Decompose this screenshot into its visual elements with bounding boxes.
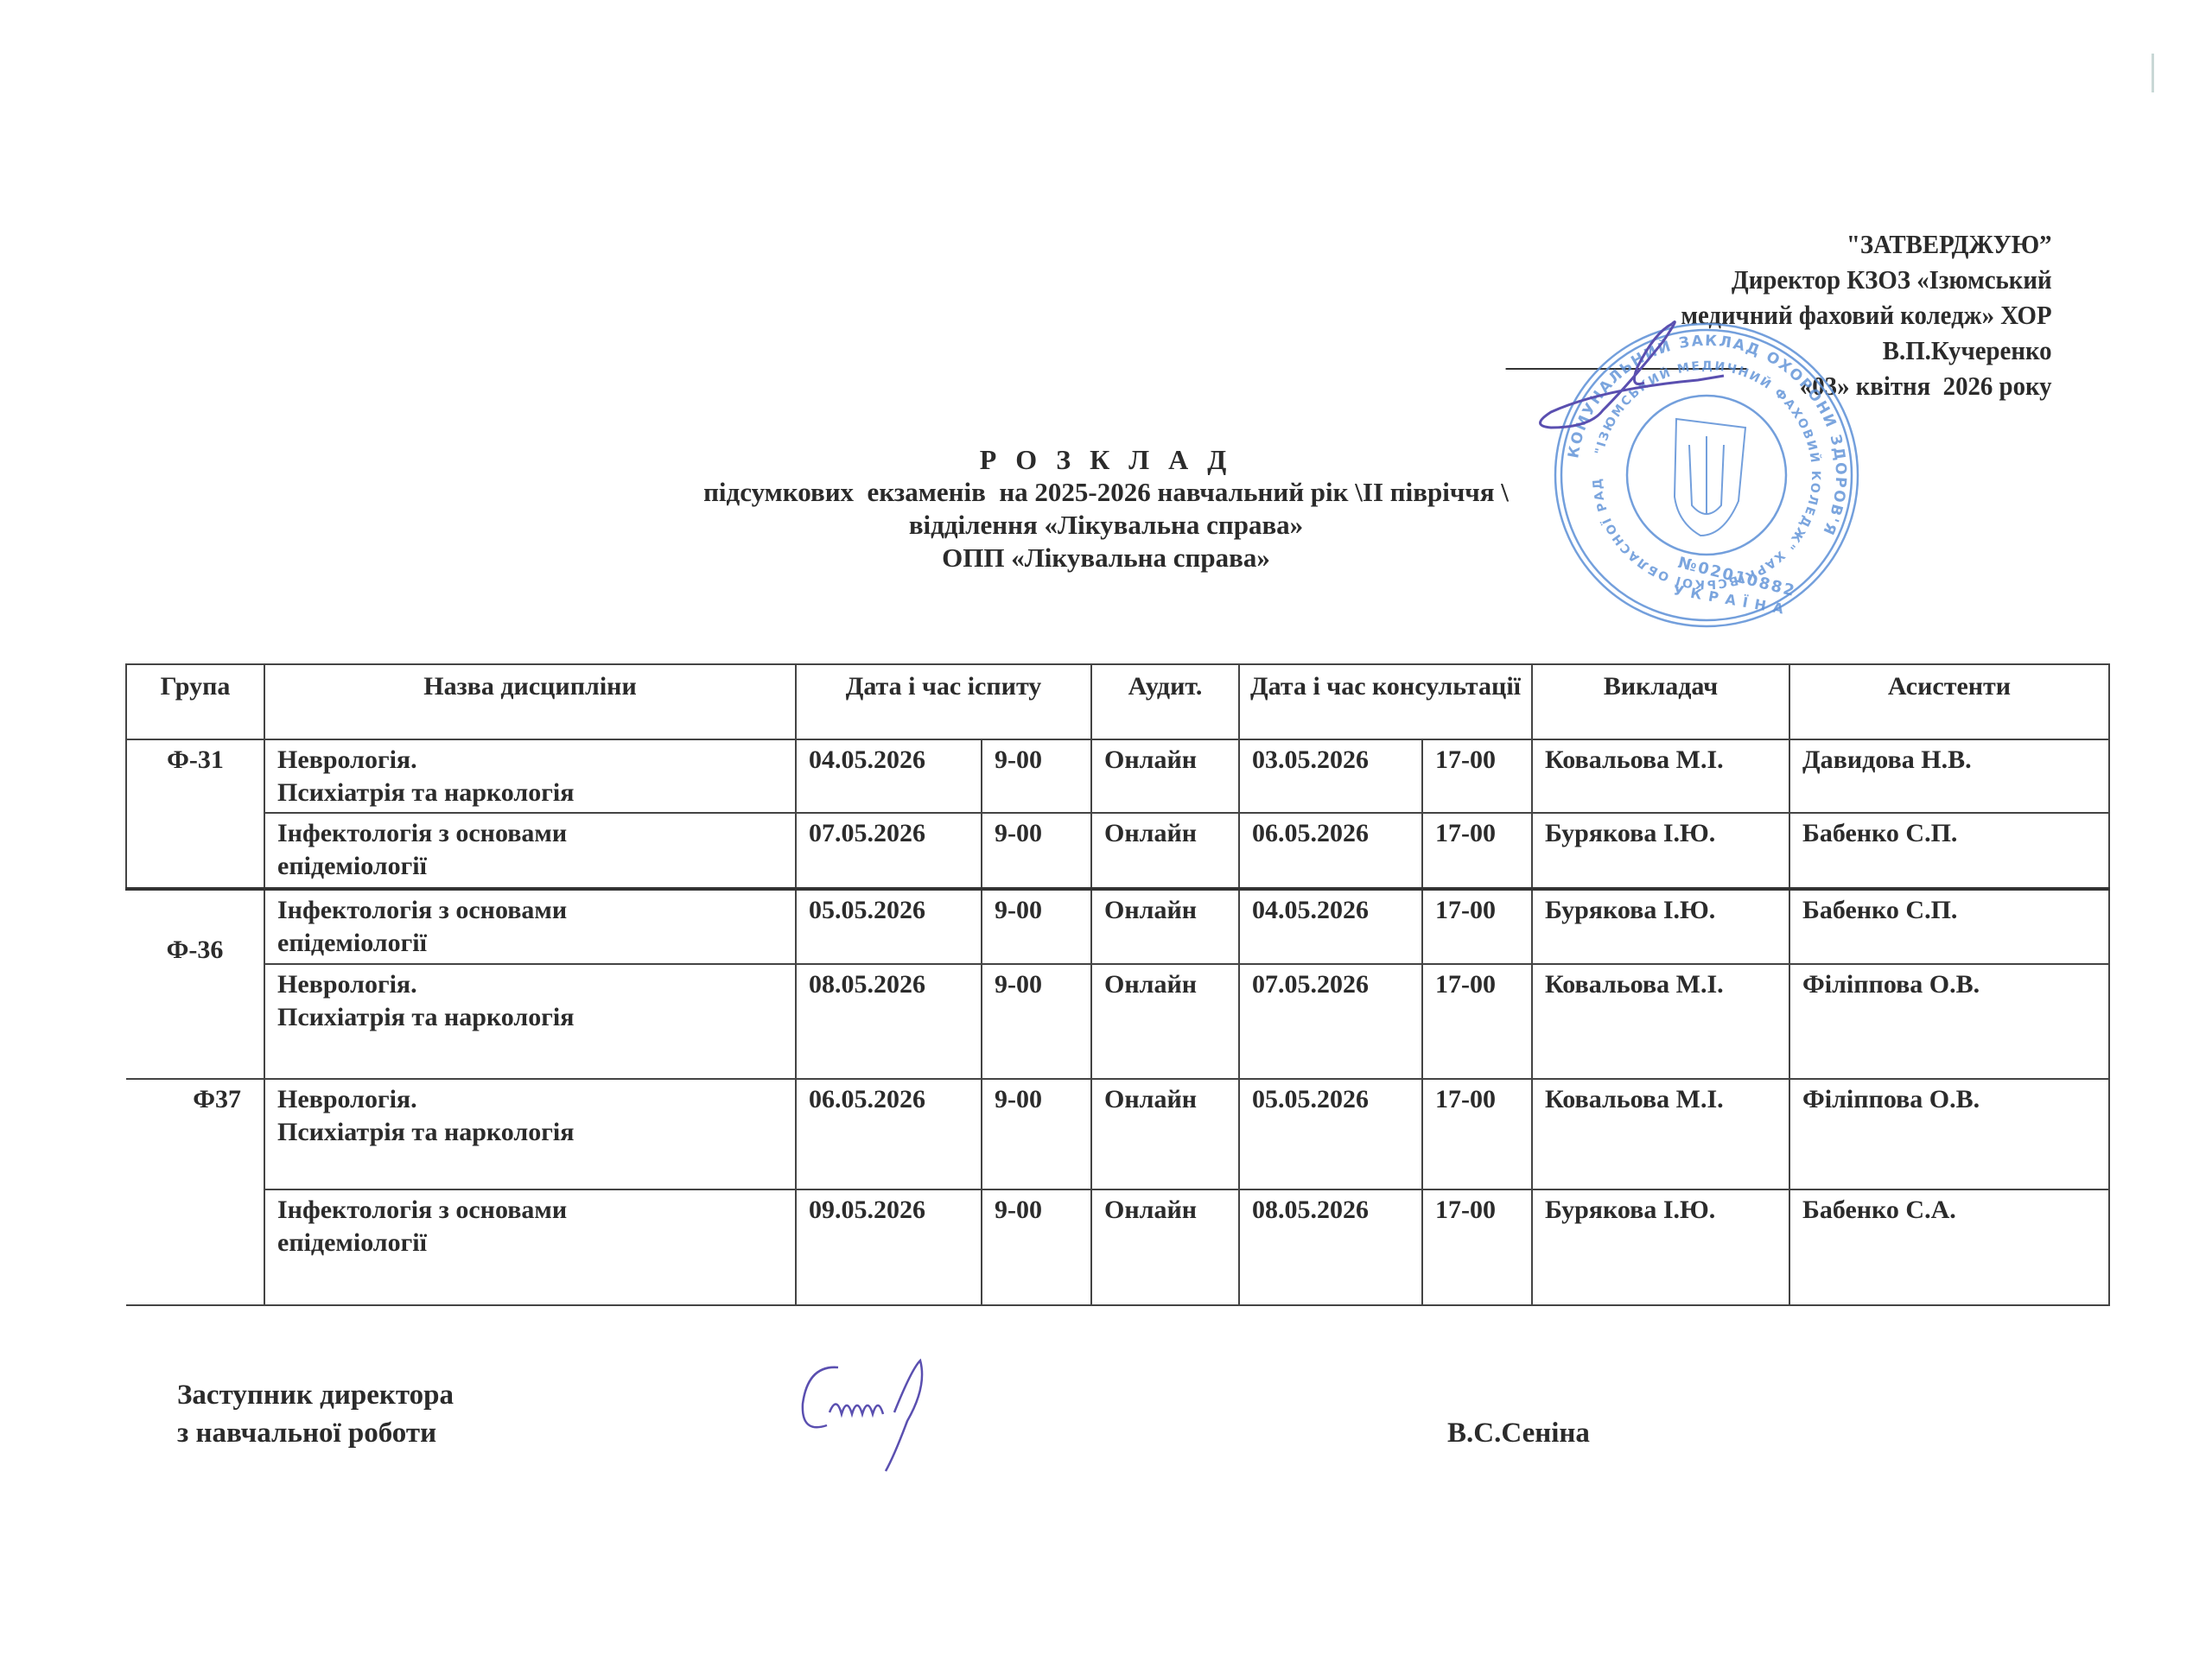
room-cell: Онлайн: [1091, 964, 1239, 1079]
exam-date-cell: 08.05.2026: [796, 964, 982, 1079]
deputy-name: В.С.Сеніна: [1447, 1414, 1590, 1452]
exam-time-cell: 9-00: [982, 813, 1091, 889]
table-row: Неврологія. Психіатрія та наркологія 08.…: [126, 964, 2109, 1079]
consult-date-cell: 06.05.2026: [1239, 813, 1422, 889]
exam-time-cell: 9-00: [982, 889, 1091, 964]
exam-schedule-table: Група Назва дисципліни Дата і час іспиту…: [125, 663, 2110, 1306]
assistant-cell: Бабенко С.П.: [1789, 813, 2109, 889]
room-cell: Онлайн: [1091, 813, 1239, 889]
group-cell: Ф-36: [126, 889, 264, 1079]
consult-date-cell: 07.05.2026: [1239, 964, 1422, 1079]
discipline-cell: Неврологія. Психіатрія та наркологія: [264, 739, 796, 813]
approval-signatory: В.П.Кучеренко: [1681, 333, 2052, 368]
consult-date-cell: 04.05.2026: [1239, 889, 1422, 964]
deputy-position: Заступник директора з навчальної роботи: [177, 1376, 454, 1452]
room-cell: Онлайн: [1091, 1079, 1239, 1189]
exam-date-cell: 09.05.2026: [796, 1189, 982, 1305]
teacher-cell: Ковальова М.І.: [1532, 739, 1789, 813]
assistant-cell: Бабенко С.А.: [1789, 1189, 2109, 1305]
program-line: ОПП «Лікувальна справа»: [0, 542, 2212, 574]
consult-date-cell: 03.05.2026: [1239, 739, 1422, 813]
approval-position-line1: Директор КЗОЗ «Ізюмський: [1681, 262, 2052, 297]
teacher-cell: Ковальова М.І.: [1532, 964, 1789, 1079]
table-row: Інфектологія з основами епідеміології 09…: [126, 1189, 2109, 1305]
header-assistants: Асистенти: [1789, 664, 2109, 739]
table-header-row: Група Назва дисципліни Дата і час іспиту…: [126, 664, 2109, 739]
scan-artifact-mark: [2152, 54, 2154, 92]
signature-line: [1506, 368, 1747, 370]
room-cell: Онлайн: [1091, 739, 1239, 813]
header-discipline: Назва дисципліни: [264, 664, 796, 739]
table-row: Ф37 Неврологія. Психіатрія та наркологія…: [126, 1079, 2109, 1189]
consult-time-cell: 17-00: [1422, 889, 1532, 964]
consult-date-cell: 05.05.2026: [1239, 1079, 1422, 1189]
consult-time-cell: 17-00: [1422, 1189, 1532, 1305]
consult-time-cell: 17-00: [1422, 813, 1532, 889]
consult-time-cell: 17-00: [1422, 739, 1532, 813]
approval-position-line2: медичний фаховий коледж» ХОР: [1681, 297, 2052, 333]
exam-date-cell: 05.05.2026: [796, 889, 982, 964]
stamp-country: УКРАЇНА: [1672, 581, 1791, 618]
approval-date: «03» квітня 2026 року: [1681, 368, 2052, 403]
room-cell: Онлайн: [1091, 1189, 1239, 1305]
assistant-cell: Давидова Н.В.: [1789, 739, 2109, 813]
department-line: відділення «Лікувальна справа»: [0, 509, 2212, 542]
assistant-cell: Бабенко С.П.: [1789, 889, 2109, 964]
approval-block: "ЗАТВЕРДЖУЮ” Директор КЗОЗ «Ізюмський ме…: [1681, 226, 2052, 403]
document-title: Р О З К Л А Д: [0, 443, 2212, 476]
consult-time-cell: 17-00: [1422, 1079, 1532, 1189]
teacher-cell: Бурякова І.Ю.: [1532, 889, 1789, 964]
teacher-cell: Бурякова І.Ю.: [1532, 1189, 1789, 1305]
header-consult-datetime: Дата і час консультації: [1239, 664, 1532, 739]
document-subtitle: підсумкових екзаменів на 2025-2026 навча…: [0, 476, 2212, 509]
deputy-signature-icon: [791, 1352, 998, 1473]
table-row: Ф-36 Інфектологія з основами епідеміолог…: [126, 889, 2109, 964]
header-group: Група: [126, 664, 264, 739]
exam-date-cell: 06.05.2026: [796, 1079, 982, 1189]
consult-date-cell: 08.05.2026: [1239, 1189, 1422, 1305]
deputy-position-line1: Заступник директора: [177, 1376, 454, 1414]
group-cell: Ф-31: [126, 739, 264, 889]
discipline-cell: Інфектологія з основами епідеміології: [264, 813, 796, 889]
exam-date-cell: 04.05.2026: [796, 739, 982, 813]
header-room: Аудит.: [1091, 664, 1239, 739]
discipline-cell: Неврологія. Психіатрія та наркологія: [264, 964, 796, 1079]
discipline-cell: Інфектологія з основами епідеміології: [264, 889, 796, 964]
assistant-cell: Філіппова О.В.: [1789, 964, 2109, 1079]
assistant-cell: Філіппова О.В.: [1789, 1079, 2109, 1189]
header-teacher: Викладач: [1532, 664, 1789, 739]
discipline-cell: Неврологія. Психіатрія та наркологія: [264, 1079, 796, 1189]
exam-time-cell: 9-00: [982, 1189, 1091, 1305]
exam-time-cell: 9-00: [982, 964, 1091, 1079]
consult-time-cell: 17-00: [1422, 964, 1532, 1079]
exam-date-cell: 07.05.2026: [796, 813, 982, 889]
room-cell: Онлайн: [1091, 889, 1239, 964]
approval-heading: "ЗАТВЕРДЖУЮ”: [1681, 226, 2052, 262]
table-row: Ф-31 Неврологія. Психіатрія та наркологі…: [126, 739, 2109, 813]
deputy-position-line2: з навчальної роботи: [177, 1414, 454, 1452]
document-title-block: Р О З К Л А Д підсумкових екзаменів на 2…: [0, 443, 2212, 574]
header-exam-datetime: Дата і час іспиту: [796, 664, 1091, 739]
exam-time-cell: 9-00: [982, 739, 1091, 813]
teacher-cell: Ковальова М.І.: [1532, 1079, 1789, 1189]
discipline-cell: Інфектологія з основами епідеміології: [264, 1189, 796, 1305]
table-row: Інфектологія з основами епідеміології 07…: [126, 813, 2109, 889]
teacher-cell: Бурякова І.Ю.: [1532, 813, 1789, 889]
exam-time-cell: 9-00: [982, 1079, 1091, 1189]
group-cell: Ф37: [126, 1079, 264, 1305]
